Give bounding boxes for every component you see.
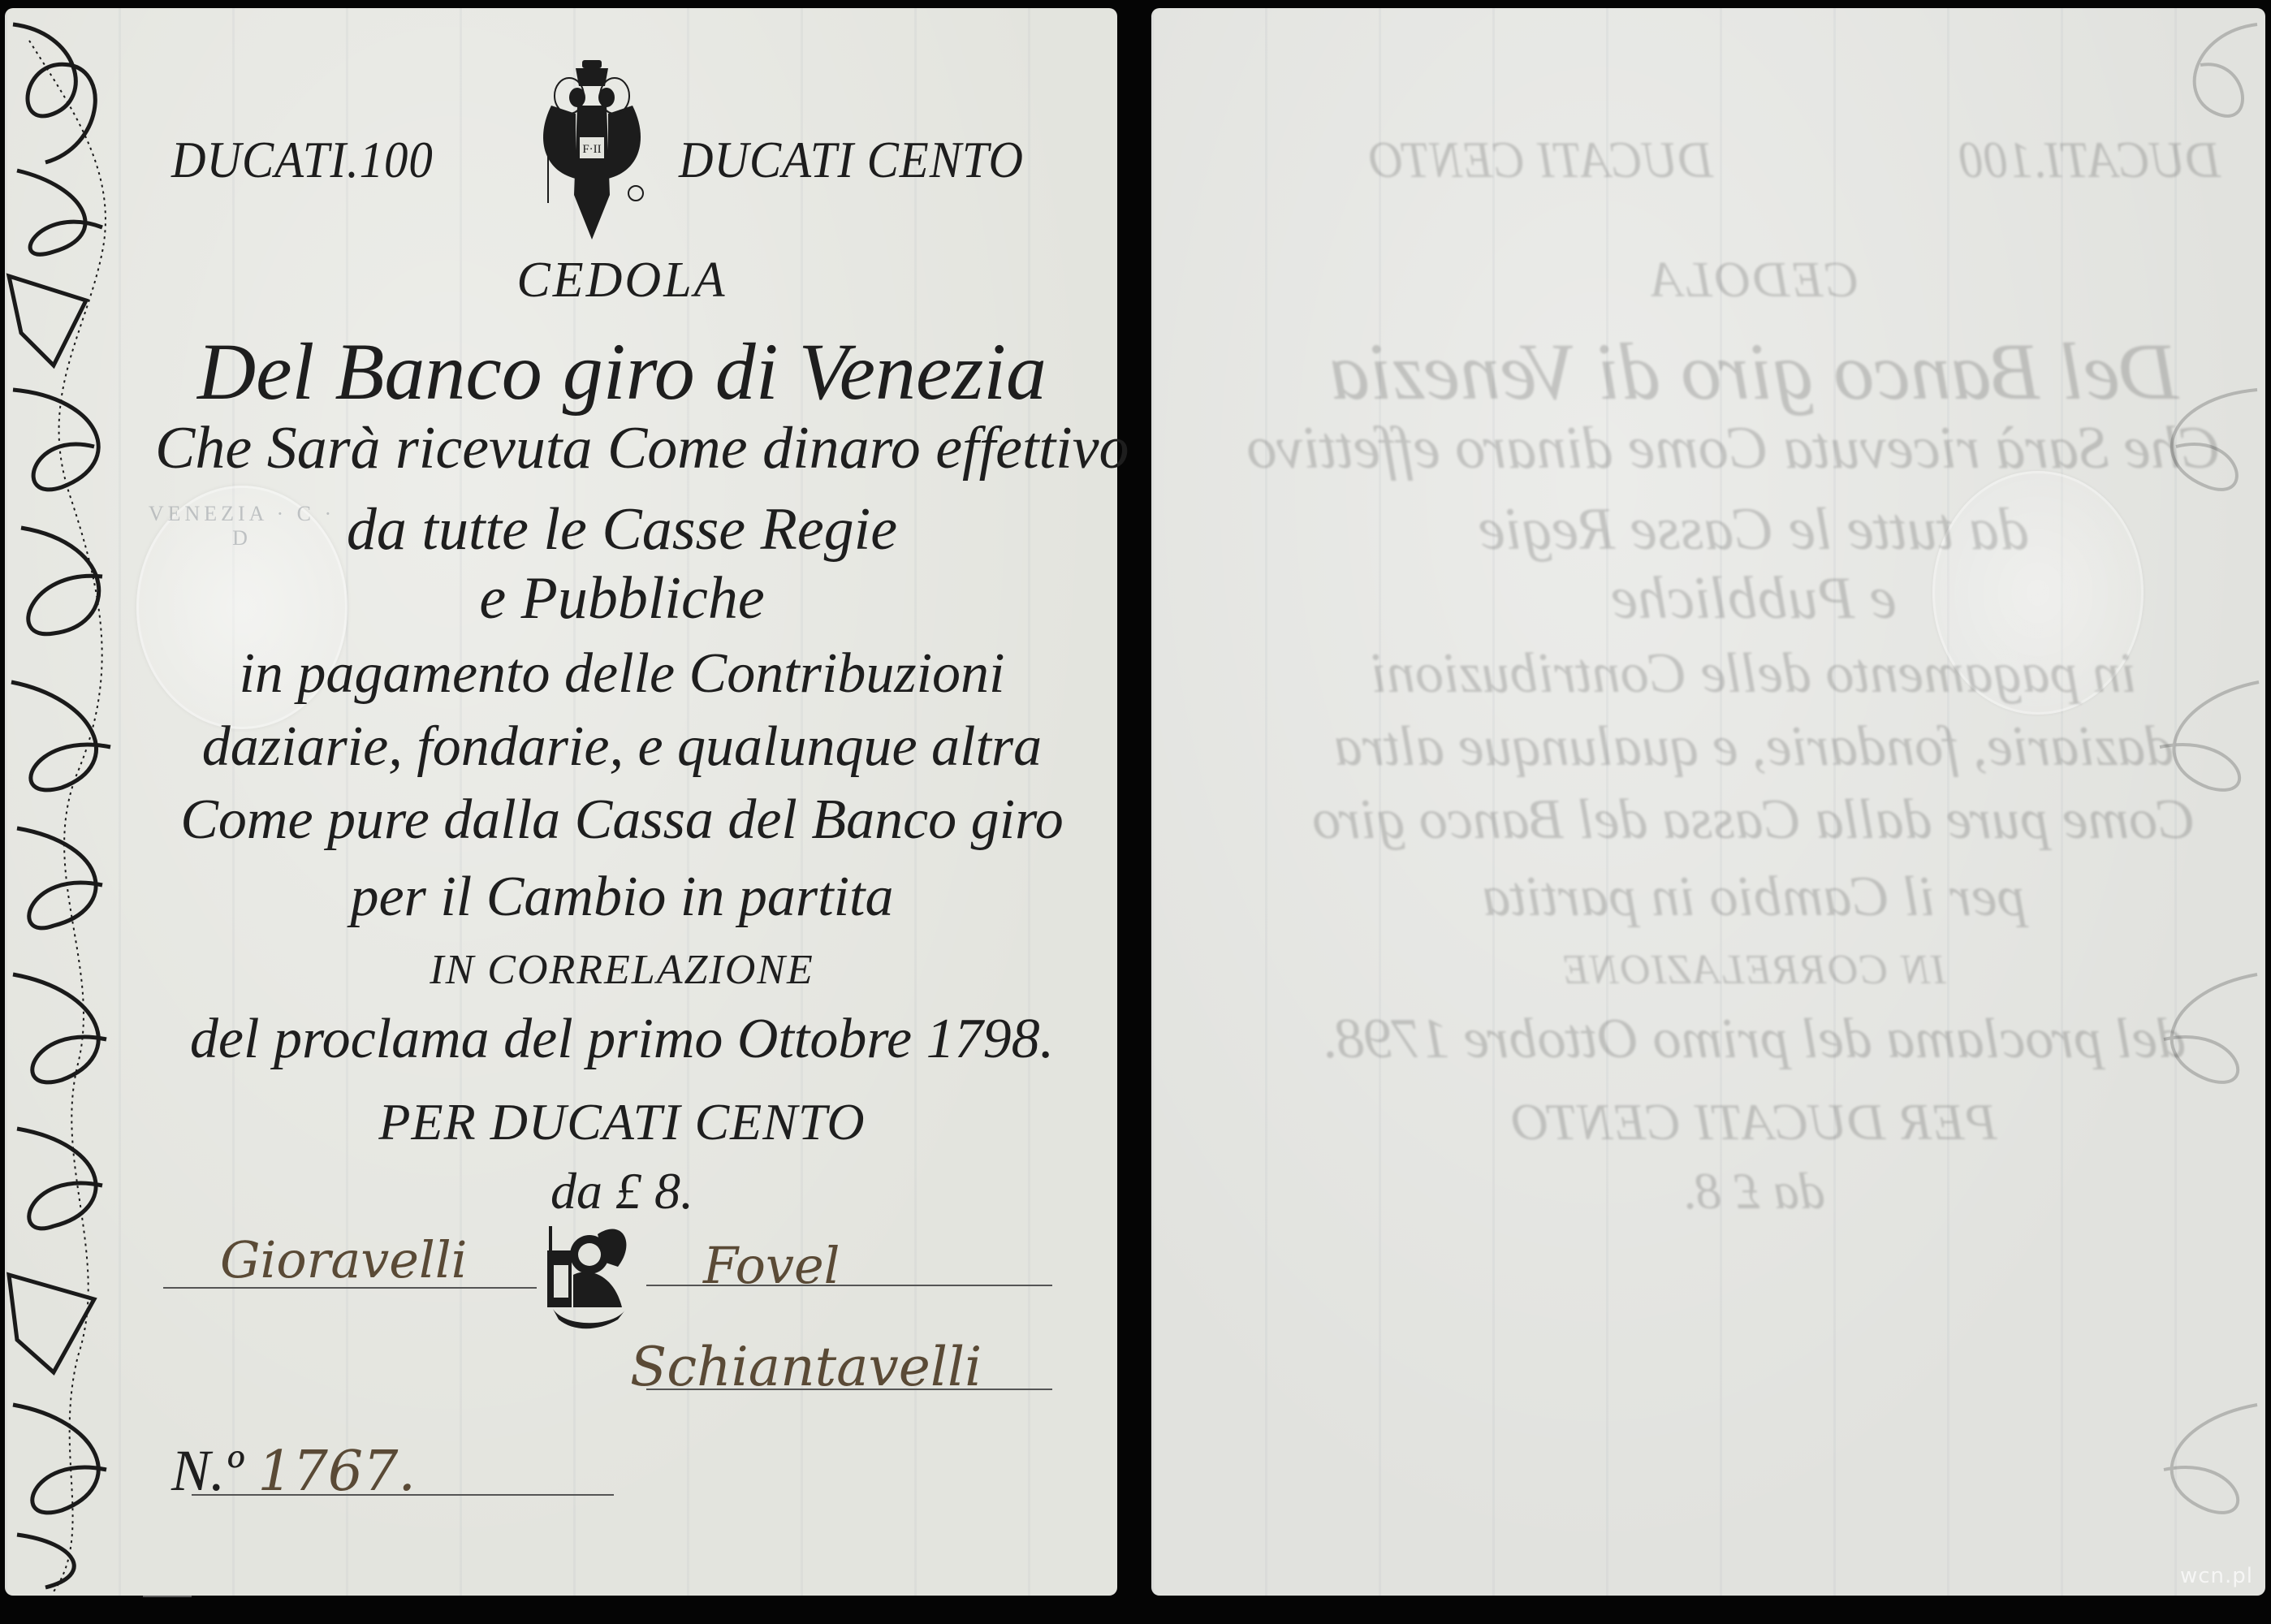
- signature-middle: Fovel: [703, 1236, 840, 1295]
- lion-of-st-mark-icon: [541, 1218, 638, 1332]
- mirrored-title: CEDOLA: [1287, 252, 2221, 309]
- mirrored-line: del proclama del primo Ottobre 1798.: [1287, 1007, 2221, 1072]
- mirrored-line: daziarie, fondarie, e qualunque altra: [1287, 715, 2221, 780]
- mirrored-line: da tutte le Casse Regie: [1287, 495, 2221, 564]
- eagle-shield-text: F·II: [582, 143, 601, 156]
- mirrored-line: da £ 8.: [1287, 1161, 2221, 1221]
- correlation-heading: IN CORRELAZIONE: [155, 946, 1089, 994]
- mirrored-line: e Pubbliche: [1287, 564, 2221, 633]
- text-line: e Pubbliche: [155, 564, 1089, 633]
- header-row: DUCATI.100 F·II DUCATI CENTO: [171, 126, 1089, 240]
- text-line: Che Sarà ricevuta Come dinaro effettivo: [155, 414, 1089, 483]
- proclamation-date-line: del proclama del primo Ottobre 1798.: [155, 1007, 1089, 1072]
- serial-prefix: N.º: [171, 1438, 243, 1503]
- signature-bottom: Schiantavelli: [630, 1336, 982, 1398]
- text-line: per il Cambio in partita: [155, 865, 1089, 930]
- bleed-through-print: DUCATI.100 DUCATI CENTO CEDOLA Del Banco…: [1151, 8, 2265, 1596]
- banknote-reverse: DUCATI.100 DUCATI CENTO CEDOLA Del Banco…: [1151, 8, 2265, 1596]
- note-title: CEDOLA: [155, 252, 1089, 309]
- serial-number: N.º 1767.: [171, 1437, 416, 1505]
- text-line: daziarie, fondarie, e qualunque altra: [155, 715, 1089, 780]
- banknote-front: VENEZIA · C · D DUCATI.100 F·II DUC: [5, 8, 1117, 1596]
- issuer-line: Del Banco giro di Venezia: [155, 325, 1089, 418]
- mirrored-line: Come pure dalla Cassa del Banco giro: [1287, 788, 2221, 853]
- denomination-numeric: DUCATI.100: [171, 130, 434, 190]
- mirrored-line: in pagamento delle Contribuzioni: [1287, 641, 2221, 706]
- serial-value: 1767.: [257, 1440, 416, 1504]
- source-watermark: wcn.pl: [2180, 1564, 2253, 1588]
- mirrored-line: IN CORRELAZIONE: [1287, 946, 2221, 994]
- signature-left: Gioravelli: [220, 1230, 468, 1289]
- mirrored-line: Del Banco giro di Venezia: [1287, 325, 2221, 418]
- text-line: da tutte le Casse Regie: [155, 495, 1089, 564]
- text-line: Come pure dalla Cassa del Banco giro: [155, 788, 1089, 853]
- denomination-line: PER DUCATI CENTO: [155, 1092, 1089, 1152]
- denomination-text: DUCATI CENTO: [679, 130, 1024, 190]
- mirrored-line: per il Cambio in partita: [1287, 865, 2221, 930]
- mirrored-line: PER DUCATI CENTO: [1287, 1092, 2221, 1152]
- mirrored-denomination-numeric: DUCATI.100: [1958, 130, 2221, 190]
- double-headed-eagle-icon: F·II: [527, 57, 657, 244]
- mirrored-line: Che Sarà ricevuta Come dinaro effettivo: [1287, 414, 2221, 483]
- ornamental-border-icon: [5, 8, 147, 1596]
- mirrored-denomination-text: DUCATI CENTO: [1368, 130, 1713, 190]
- text-line: in pagamento delle Contribuzioni: [155, 641, 1089, 706]
- bottom-rule: [143, 1596, 192, 1597]
- lire-value-line: da £ 8.: [155, 1161, 1089, 1221]
